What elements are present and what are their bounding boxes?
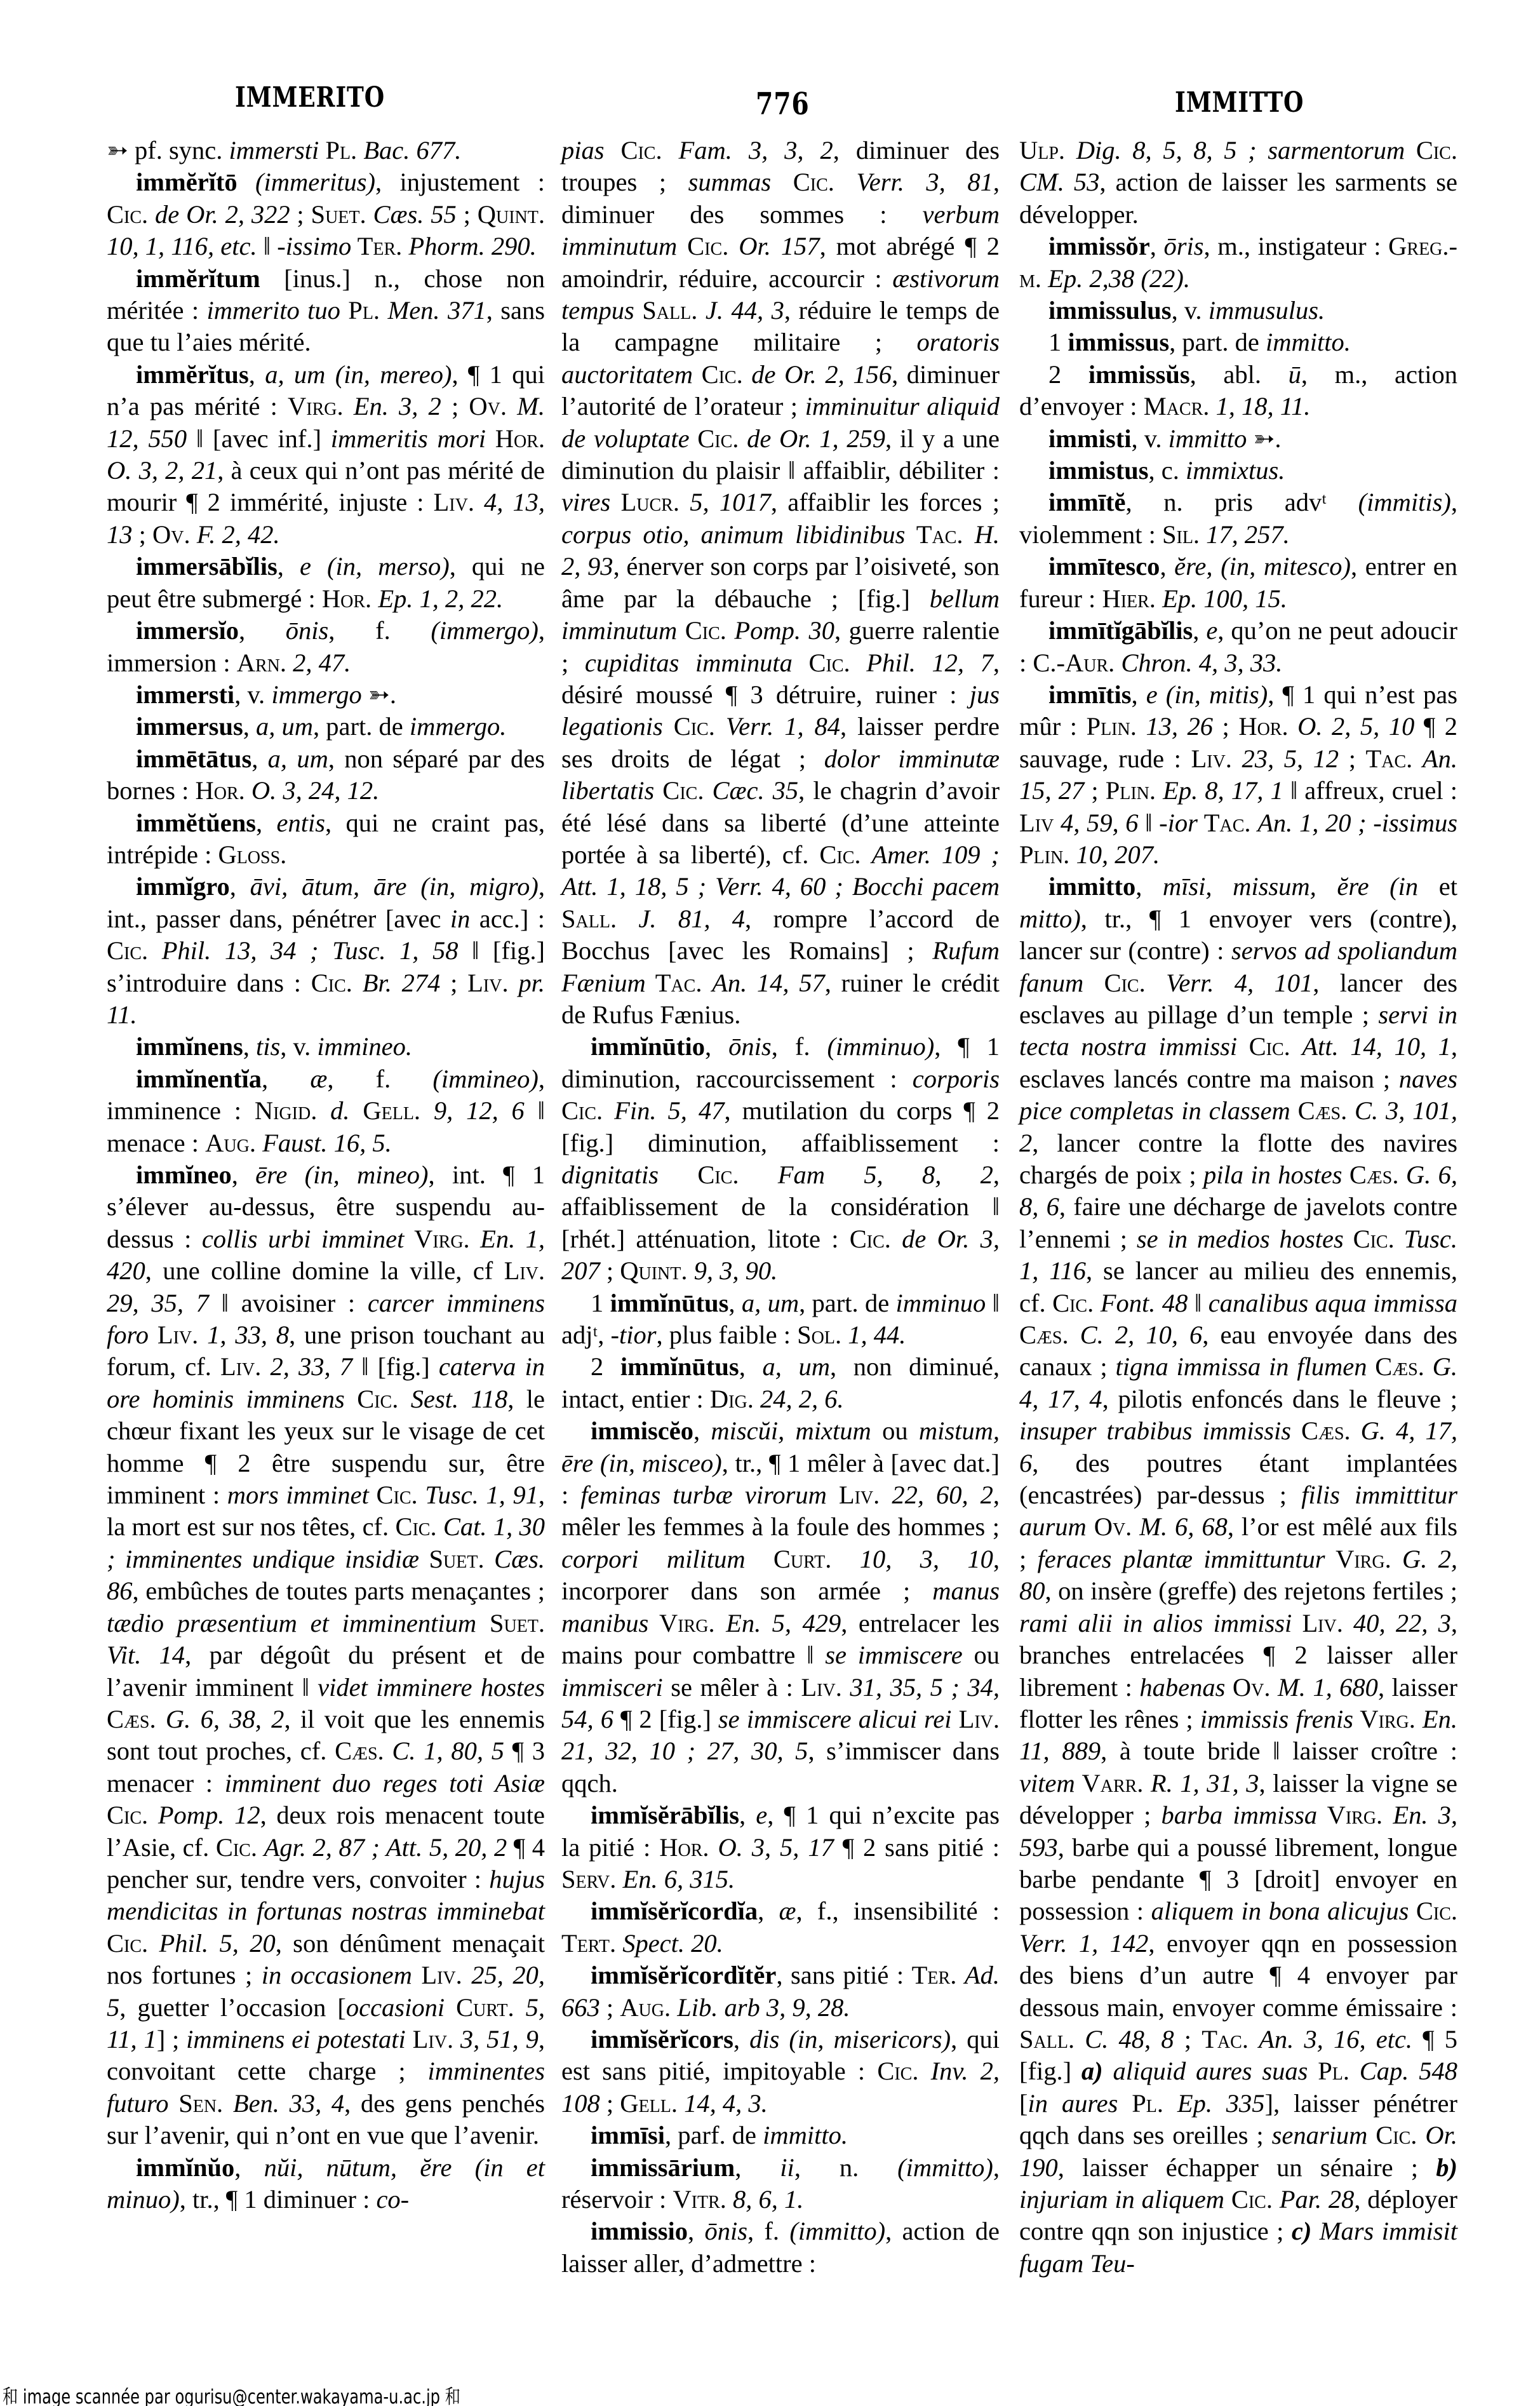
entry-text: Tac. — [646, 969, 712, 997]
dictionary-entry: immĭsĕrĭcors, dis (in, misericors), qui … — [561, 2024, 1000, 2120]
entry-text: vitem — [1019, 1769, 1075, 1798]
entry-text: e — [1206, 616, 1217, 645]
entry-text: An. 1, 20 ; -issimus — [1257, 809, 1457, 837]
entry-text: ➳. — [1247, 424, 1281, 453]
entry-text: se immiscere — [825, 1641, 962, 1669]
dictionary-entry: immitto, mīsi, missum, ĕre (in et mitto)… — [1019, 871, 1457, 2280]
headword: immītesco — [1048, 552, 1160, 581]
entry-text: e (in, merso) — [300, 552, 450, 581]
dictionary-entry: immītĕ, n. pris advᵗ (immitis), violemme… — [1019, 487, 1457, 551]
entry-text: 3, 51, 9 — [460, 2025, 539, 2053]
entry-text: , on insère (greffe) des rejetons fertil… — [1045, 1576, 1458, 1605]
entry-text: Dig. — [710, 1385, 760, 1413]
entry-text: barba immissa — [1161, 1801, 1317, 1829]
entry-text: Virg. — [404, 1225, 480, 1253]
entry-text: , — [1160, 552, 1174, 581]
entry-text: Arn. — [237, 649, 293, 677]
dictionary-column-1: ➳ pf. sync. immersti Pl. Bac. 677.immĕrĭ… — [107, 135, 545, 2215]
entry-text: Suet. — [311, 200, 373, 229]
entry-text: Phorm. 290. — [408, 232, 536, 260]
entry-text: a, um (in, mereo) — [265, 360, 452, 389]
entry-text: de Or. 2, 156 — [751, 360, 892, 389]
entry-text: F. 2, 42. — [197, 520, 280, 549]
entry-text: (imminuo) — [827, 1032, 934, 1061]
entry-text: feraces plantæ immittuntur — [1038, 1545, 1325, 1573]
scan-credit-footer: 和 image scannée par ogurisu@center.wakay… — [3, 2381, 460, 2406]
entry-text: Virg. — [1353, 1705, 1423, 1733]
entry-text: Pl. — [1118, 2089, 1177, 2118]
entry-text: , v. — [280, 1032, 317, 1061]
entry-text: ] ; — [157, 2025, 186, 2053]
entry-text: , — [239, 616, 286, 645]
entry-text: 1 — [591, 1289, 610, 1317]
entry-text: , m., instigateur : — [1204, 232, 1389, 260]
entry-text: Cæs. — [1290, 1096, 1355, 1125]
entry-text: Cic. — [663, 712, 726, 741]
entry-text: Curt. — [746, 1545, 860, 1573]
entry-text: æ — [779, 1897, 796, 1925]
entry-text: M. 1, 680 — [1278, 1673, 1378, 1702]
entry-text: Sil. — [1162, 520, 1206, 549]
dictionary-entry: immĕrĭtum [inus.] n., chose non méritée … — [107, 263, 545, 359]
entry-text: ĕre, (in, mitesco) — [1174, 552, 1351, 581]
entry-text: Ov. — [1225, 1673, 1278, 1702]
entry-text: (immergo) — [431, 616, 538, 645]
dictionary-entry: immīsi, parf. de immitto. — [561, 2120, 1000, 2151]
entry-text: Cic. — [690, 424, 747, 453]
dictionary-entry: immītis, e (in, mitis), ¶ 1 qui n’est pa… — [1019, 679, 1457, 871]
entry-text: Cic. — [605, 136, 679, 165]
entry-text: ¶ 2 sans pitié : — [834, 1833, 1000, 1862]
dictionary-entry: immĭneo, ēre (in, mineo), int. ¶ 1 s’éle… — [107, 1159, 545, 2152]
entry-text: Verr. 4, 101 — [1166, 969, 1313, 997]
entry-text: Tac. — [1202, 2025, 1259, 2053]
entry-text: in aures — [1028, 2089, 1118, 2118]
entry-text: Att. 14, 10, 1 — [1302, 1032, 1451, 1061]
dictionary-entry: 2 immissŭs, abl. ū, m., action d’envoyer… — [1019, 359, 1457, 423]
entry-text: , — [232, 1160, 255, 1189]
headword: immīsi — [591, 2121, 665, 2149]
entry-text: corpus otio, animum libidinibus — [561, 520, 905, 549]
headword: immētātus — [136, 744, 251, 773]
entry-text: Cic. — [216, 1833, 264, 1862]
entry-text: Liv. — [434, 488, 484, 516]
entry-text: Ep. 2,38 (22). — [1048, 264, 1190, 293]
entry-text: immitto — [1168, 424, 1247, 453]
entry-text: Suet. — [419, 1545, 494, 1573]
entry-text: ; — [1213, 712, 1238, 741]
entry-text: Ov. — [152, 520, 197, 549]
entry-text: immitto. — [1266, 328, 1351, 356]
entry-text: Cic. — [693, 360, 751, 389]
running-head: IMMERITO 776 IMMITTO — [0, 81, 1540, 126]
entry-text: ‖ — [257, 232, 278, 260]
entry-text: Fin. 5, 47 — [614, 1096, 724, 1125]
entry-text: insuper trabibus immissis — [1019, 1416, 1291, 1445]
entry-text: miscŭi, mixtum — [711, 1416, 871, 1445]
entry-text: immitto. — [763, 2121, 848, 2149]
entry-text: cupiditas imminuta — [585, 649, 793, 677]
entry-text: mīsi, missum, ĕre (in — [1163, 872, 1418, 901]
entry-text: Cæs. — [335, 1737, 392, 1765]
dictionary-entry: immītesco, ĕre, (in, mitesco), entrer en… — [1019, 551, 1457, 615]
entry-text: a, um — [268, 744, 328, 773]
entry-text: ; — [600, 1993, 620, 2022]
entry-text: b) — [1436, 2153, 1457, 2182]
entry-text: Cic. — [1405, 136, 1457, 165]
entry-text: , abl. — [1190, 360, 1289, 389]
entry-text: Cic. — [107, 1801, 158, 1829]
entry-continuation: Ulp. Dig. 8, 5, 8, 5 ; sarmentorum Cic. … — [1019, 135, 1457, 231]
entry-text: Ov. — [1087, 1512, 1139, 1541]
page-number: 776 — [756, 86, 810, 122]
entry-text: Ulp. — [1019, 136, 1076, 165]
dictionary-entry: immĭgro, āvi, ātum, āre (in, migro), int… — [107, 871, 545, 1031]
entry-text: M. 6, 68 — [1139, 1512, 1228, 1541]
entry-text: , à toute bride ‖ laisser croître : — [1101, 1737, 1457, 1765]
entry-text: 10, 3, 10 — [860, 1545, 993, 1573]
entry-text: ōnis — [286, 616, 329, 645]
entry-text: ; — [1339, 744, 1365, 773]
entry-text: Varr. — [1075, 1769, 1151, 1798]
entry-text: , — [688, 2217, 704, 2245]
entry-text: ; — [290, 200, 311, 229]
entry-text: Ep. 335 — [1177, 2089, 1265, 2118]
entry-text: Gloss. — [218, 840, 286, 869]
entry-text: immergo — [271, 680, 361, 709]
entry-text: ‖ [fig.] — [352, 1352, 439, 1381]
headword: immisti — [1048, 424, 1131, 453]
headword: immītis — [1048, 680, 1131, 709]
entry-text: Vitr. — [673, 2185, 733, 2214]
entry-text: Dig. 8, 5, 8, 5 ; sarmentorum — [1076, 136, 1405, 165]
entry-text: , — [758, 1897, 779, 1925]
entry-text: Cic. — [1237, 1032, 1302, 1061]
entry-text: , — [262, 1065, 310, 1093]
dictionary-entry: immissio, ōnis, f. (immitto), action de … — [561, 2215, 1000, 2280]
entry-text: 23, 5, 12 — [1242, 744, 1339, 773]
dictionary-entry: 2 immĭnūtus, a, um, non diminué, intact,… — [561, 1351, 1000, 1415]
entry-text: 22, 60, 2 — [892, 1481, 993, 1509]
dictionary-entry: immersus, a, um, part. de immergo. — [107, 711, 545, 743]
headword: immissŏr — [1048, 232, 1150, 260]
entry-text: imminens ei potestati — [186, 2025, 406, 2053]
entry-text: ū — [1289, 360, 1301, 389]
headword: immĭsĕrĭcordĭtĕr — [591, 1961, 776, 1989]
entry-text: 24, 2, 6. — [760, 1385, 844, 1413]
entry-text: Liv. — [467, 969, 518, 997]
entry-text: pila in hostes — [1203, 1160, 1342, 1189]
entry-text: immineo. — [317, 1032, 412, 1061]
entry-text: J. 44, 3 — [706, 296, 784, 325]
dictionary-entry: immisti, v. immitto ➳. — [1019, 423, 1457, 455]
entry-text: (immeritus) — [238, 168, 375, 196]
entry-text: in occasionem — [262, 1961, 412, 1989]
entry-text: Cic. — [1052, 1289, 1101, 1317]
entry-text: entis — [277, 809, 326, 837]
dictionary-entry: immētātus, a, um, non séparé par des bor… — [107, 743, 545, 807]
entry-text: 1, 33, 8 — [207, 1321, 289, 1349]
headword: immissŭs — [1088, 360, 1190, 389]
entry-text: , — [234, 2153, 264, 2182]
entry-text: Lib. arb 3, 9, 28. — [677, 1993, 850, 2022]
entry-text: immerito tuo — [206, 296, 340, 325]
entry-text: a, um — [762, 1352, 830, 1381]
headword: immĕtŭens — [136, 809, 256, 837]
entry-text: , laisser échapper un sénaire ; — [1058, 2153, 1436, 2182]
entry-text: dignitatis — [561, 1160, 659, 1189]
entry-text: de Or. 2, 322 — [155, 200, 290, 229]
headword: immĭnentĭa — [136, 1065, 262, 1093]
entry-text: ‖ avoisiner : — [209, 1289, 368, 1317]
entry-text: , v. — [1131, 424, 1168, 453]
entry-text: aliquem in bona alicujus — [1151, 1897, 1409, 1925]
entry-text: Pl. — [1308, 2057, 1359, 2085]
entry-text: , — [1131, 680, 1146, 709]
entry-text: ; — [1084, 776, 1105, 805]
running-head-last-word: IMMITTO — [1175, 86, 1304, 119]
headword: immiscĕo — [591, 1416, 693, 1445]
entry-text: immersti — [229, 136, 319, 165]
entry-text: -ior — [1159, 809, 1198, 837]
entry-text: 2 — [1048, 360, 1088, 389]
dictionary-entry: immĭsĕrĭcordĭa, æ, f., insensibilité : T… — [561, 1895, 1000, 1959]
entry-text: Cæs. — [1019, 1321, 1080, 1349]
entry-text: Cic. — [793, 649, 866, 677]
entry-text: Pl. — [319, 136, 363, 165]
entry-text: Quint. — [478, 200, 545, 229]
dictionary-entry: immersti, v. immergo ➳. — [107, 679, 545, 711]
entry-text: CM. 53 — [1019, 168, 1099, 196]
entry-text: Cic. — [877, 2057, 930, 2085]
entry-text: Verr. 3, 81 — [856, 168, 993, 196]
entry-text: Tac. — [905, 520, 974, 549]
entry-text: ōnis — [728, 1032, 772, 1061]
entry-text: (immitis) — [1358, 488, 1451, 516]
entry-text: O. 2, 5, 10 — [1297, 712, 1414, 741]
entry-text: Nigid. — [255, 1096, 330, 1125]
entry-text: tædio præsentium et imminentium — [107, 1609, 476, 1637]
entry-text: Ep. 100, 15. — [1162, 584, 1287, 613]
headword: immĭnūtus — [620, 1352, 739, 1381]
entry-text: , tr., ¶ 1 diminuer : — [180, 2185, 377, 2214]
entry-text: a) — [1081, 2057, 1103, 2085]
entry-text: Ben. 33, 4 — [233, 2089, 344, 2118]
entry-text: aliquid aures suas — [1103, 2057, 1308, 2085]
dictionary-entry: 1 immĭnūtus, a, um, part. de imminuo ‖ a… — [561, 1287, 1000, 1352]
entry-text: , n. — [794, 2153, 897, 2182]
entry-text: 10, 207. — [1076, 840, 1160, 869]
entry-text: C. 2, 10, 6 — [1080, 1321, 1203, 1349]
entry-text: habenas — [1139, 1673, 1225, 1702]
entry-text: 2, 47. — [293, 649, 351, 677]
headword: immĭnŭo — [136, 2153, 234, 2182]
entry-text: , — [1193, 616, 1206, 645]
entry-text: Cic. — [369, 1481, 425, 1509]
entry-text: ou — [963, 1641, 1000, 1669]
entry-text: summas — [688, 168, 772, 196]
entry-text: Sall. — [1019, 2025, 1085, 2053]
entry-text: Sall. — [634, 296, 706, 325]
entry-text: G. 6, 38, 2 — [166, 1705, 285, 1733]
entry-text: , part. de — [1169, 328, 1266, 356]
entry-text: immissis frenis — [1200, 1705, 1353, 1733]
entry-text: c) — [1292, 2217, 1311, 2245]
entry-text: ōris — [1164, 232, 1204, 260]
entry-text: Cic. — [819, 840, 871, 869]
entry-text: vires — [561, 488, 610, 516]
entry-text: ; — [133, 520, 153, 549]
entry-text: , f. — [772, 1032, 827, 1061]
headword: immersti — [136, 680, 234, 709]
entry-text: Suet. — [476, 1609, 545, 1637]
entry-text: Spect. 20. — [622, 1929, 723, 1958]
entry-text: Virg. — [1325, 1545, 1402, 1573]
entry-text: Hor. — [486, 424, 545, 453]
dictionary-column-3: Ulp. Dig. 8, 5, 8, 5 ; sarmentorum Cic. … — [1019, 135, 1457, 2280]
entry-text: ēre (in, mineo) — [255, 1160, 428, 1189]
entry-text: ; — [441, 392, 469, 420]
entry-text: 2, 33, 7 — [271, 1352, 353, 1381]
entry-text: Liv. — [412, 1961, 471, 1989]
entry-text: Sest. 118 — [411, 1385, 508, 1413]
entry-text: Cic. — [1344, 1225, 1404, 1253]
entry-text: , pilotis enfoncés dans le fleuve ; — [1102, 1385, 1457, 1413]
dictionary-entry: immĕrĭtō (immeritus), injustement : Cic.… — [107, 166, 545, 262]
entry-text: , f. — [327, 1065, 432, 1093]
headword: immĭnūtio — [591, 1032, 705, 1061]
entry-text: ; — [600, 1256, 620, 1285]
entry-text: , — [1150, 232, 1164, 260]
entry-text: videt imminere hostes — [318, 1673, 545, 1702]
entry-text: feminas turbæ virorum — [580, 1481, 827, 1509]
entry-text: , injustement : — [375, 168, 545, 196]
entry-continuation: ➳ pf. sync. immersti Pl. Bac. 677. — [107, 135, 545, 166]
headword: immĭsĕrĭcors — [591, 2025, 733, 2053]
entry-text: Liv. — [1292, 1609, 1353, 1637]
entry-text: senarium — [1272, 2121, 1368, 2149]
dictionary-entry: immĭsĕrābĭlis, e, ¶ 1 qui n’excite pas l… — [561, 1799, 1000, 1895]
dictionary-entry: immissŏr, ōris, m., instigateur : Greg.-… — [1019, 231, 1457, 295]
entry-text: et — [1418, 872, 1457, 901]
entry-text: Phil. 12, 7 — [866, 649, 993, 677]
entry-text: Cæs. — [107, 1705, 166, 1733]
entry-text: Sall. — [561, 904, 638, 933]
entry-text: Cic. — [771, 168, 856, 196]
entry-text: de Or. 1, 259 — [747, 424, 885, 453]
entry-text: Verr. 1, 84 — [726, 712, 840, 741]
headword: immĭnūtus — [610, 1289, 729, 1317]
entry-text: Virg. — [1317, 1801, 1393, 1829]
entry-text: (immineo) — [432, 1065, 538, 1093]
entry-text: R. 1, 31, 3 — [1151, 1769, 1259, 1798]
entry-text: Liv. — [220, 1352, 271, 1381]
entry-text: Virg. — [288, 392, 354, 420]
entry-text: ‖ — [1138, 809, 1159, 837]
entry-text: O. 3, 2, 21 — [107, 456, 217, 485]
entry-text: Fam. 3, 3, 2 — [679, 136, 833, 165]
entry-text: , — [693, 1416, 711, 1445]
headword: immissio — [591, 2217, 688, 2245]
entry-text: , embûches de toutes parts menaçantes ; — [133, 1576, 546, 1605]
entry-text: Phil. 5, 20 — [159, 1929, 276, 1958]
entry-text: ; — [457, 200, 478, 229]
entry-text: ➳. — [362, 680, 396, 709]
entry-text: Cic. — [107, 1929, 159, 1958]
entry-text: tis — [256, 1032, 280, 1061]
entry-text: , affaiblir les forces ; — [771, 488, 1000, 516]
headword: immĕrĭtum — [136, 264, 260, 293]
headword: immĭgro — [136, 872, 230, 901]
entry-text: Liv. — [504, 1256, 545, 1285]
entry-text: -tior — [610, 1321, 656, 1349]
entry-text: , f. — [747, 2217, 789, 2245]
entry-text: 8, 6, 1. — [733, 2185, 803, 2214]
entry-text: , parf. de — [665, 2121, 763, 2149]
entry-text: Cic. — [654, 776, 712, 805]
headword: immissus — [1068, 328, 1169, 356]
entry-text: Hor. — [322, 584, 378, 613]
entry-text: se in medios hostes — [1137, 1225, 1344, 1253]
entry-text: Serv. — [561, 1865, 623, 1893]
headword: immītĭgābĭlis — [1048, 616, 1193, 645]
entry-text: injuriam in aliquem — [1019, 2185, 1224, 2214]
entry-text: Macr. — [1144, 392, 1216, 420]
entry-text: Cic. — [395, 1512, 443, 1541]
entry-text: ; — [440, 969, 467, 997]
headword: immĭsĕrĭcordĭa — [591, 1897, 758, 1925]
entry-text: Liv. — [149, 1321, 207, 1349]
entry-text: 5, 1017 — [690, 488, 771, 516]
entry-text: Font. 48 — [1101, 1289, 1188, 1317]
entry-text: -issimo — [277, 232, 351, 260]
entry-text: , — [230, 872, 250, 901]
entry-text: ōnis — [704, 2217, 747, 2245]
entry-text: Tert. — [561, 1929, 622, 1958]
entry-text: mitto) — [1019, 904, 1081, 933]
entry-text: ‖ [avec inf.] — [187, 424, 331, 453]
entry-text: Pomp. 12 — [158, 1801, 260, 1829]
entry-text: 14, 4, 3. — [684, 2089, 768, 2118]
entry-text: æ — [310, 1065, 327, 1093]
entry-text: corporis — [913, 1065, 1000, 1093]
entry-text: āvi, ātum, āre (in, migro) — [250, 872, 539, 901]
headword: immersus — [136, 712, 243, 741]
entry-text: , c. — [1149, 456, 1186, 485]
entry-text: Hor. — [195, 776, 251, 805]
entry-text: Tusc. 1, 91 — [425, 1481, 539, 1509]
entry-text: 10, 1, 116, etc. — [107, 232, 257, 260]
dictionary-entry: 1 immissus, part. de immitto. — [1019, 326, 1457, 358]
entry-text: corpori militum — [561, 1545, 746, 1573]
entry-text: Cæs. — [1291, 1416, 1361, 1445]
entry-text: ou — [871, 1416, 919, 1445]
dictionary-entry: immĭsĕrĭcordĭtĕr, sans pitié : Ter. Ad. … — [561, 1959, 1000, 2024]
entry-text: (immitto) — [897, 2153, 993, 2182]
dictionary-entry: immĕrĭtus, a, um (in, mereo), ¶ 1 qui n’… — [107, 359, 545, 551]
entry-text: [ — [1019, 2089, 1028, 2118]
entry-text: , v. — [234, 680, 271, 709]
entry-text: Gell. — [620, 2089, 684, 2118]
entry-text: canalibus aqua immissa — [1209, 1289, 1457, 1317]
entry-text: ; — [600, 2089, 620, 2118]
dictionary-entry: immissārium, ii, n. (immitto), réservoir… — [561, 2152, 1000, 2216]
entry-text: , — [705, 1032, 728, 1061]
entry-text: Pomp. 30 — [734, 616, 834, 645]
entry-text: Lucr. — [610, 488, 690, 516]
entry-text: 29, 35, 7 — [107, 1289, 209, 1317]
entry-text: in — [450, 904, 471, 933]
